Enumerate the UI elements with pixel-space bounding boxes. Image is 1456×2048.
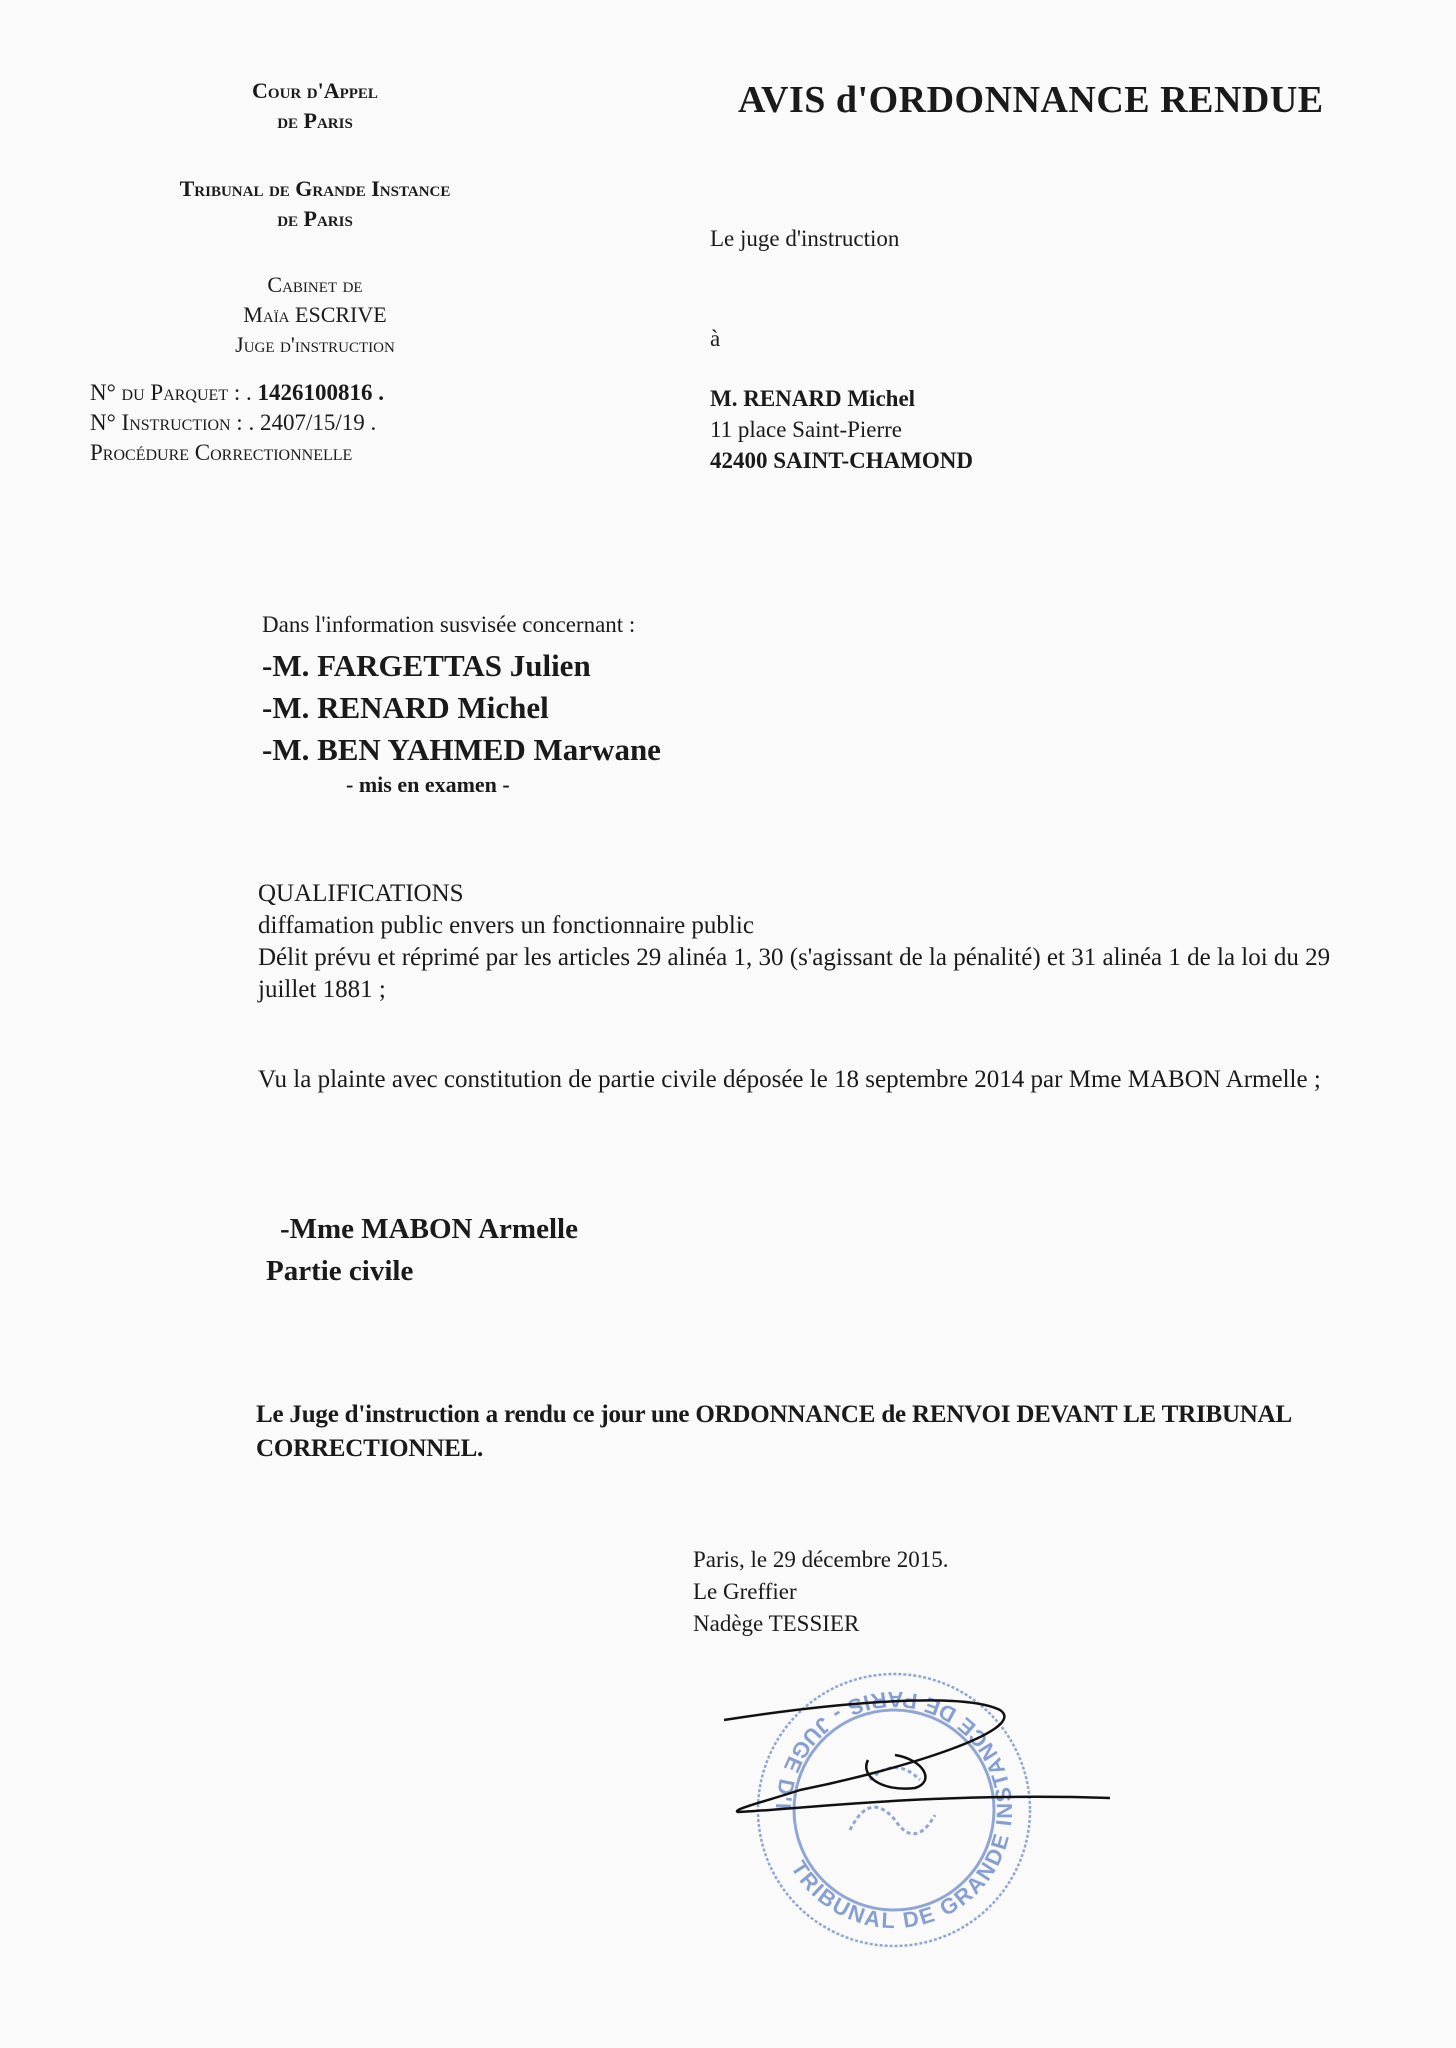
judge-name: Maïa ESCRIVE [90,300,540,330]
place-date: Paris, le 29 décembre 2015. [693,1544,948,1576]
complaint: Vu la plainte avec constitution de parti… [258,1064,1358,1096]
parquet-number: N° du Parquet : . 1426100816 . [90,378,384,408]
recipient-city: 42400 SAINT-CHAMOND [710,445,973,476]
parquet-suffix: . [372,380,384,405]
tribunal-line-2: de Paris [90,204,540,234]
civil-party-name: -Mme MABON Armelle [266,1208,578,1250]
court-name: Cour d'Appel de Paris [90,76,540,136]
to-word: à [710,326,720,352]
persons-list: -M. FARGETTAS Julien -M. RENARD Michel -… [262,645,661,771]
signature-icon [724,1700,1110,1812]
civil-party: -Mme MABON Armelle Partie civile [266,1208,578,1292]
recipient-name: M. RENARD Michel [710,383,973,414]
court-line-1: Cour d'Appel [90,76,540,106]
civil-party-role: Partie civile [266,1250,578,1292]
person-item: -M. BEN YAHMED Marwane [262,729,661,771]
case-references: N° du Parquet : . 1426100816 . N° Instru… [90,378,384,468]
instruction-number: N° Instruction : . 2407/15/19 . [90,408,384,438]
person-item: -M. RENARD Michel [262,687,661,729]
tribunal-name: Tribunal de Grande Instance de Paris [90,174,540,234]
signer-name: Nadège TESSIER [693,1608,948,1640]
qualifications-heading: QUALIFICATIONS [258,878,1358,910]
persons-status: - mis en examen - [346,772,510,798]
instruction-value: 2407/15/19 [260,410,365,435]
concerning-intro: Dans l'information susvisée concernant : [262,612,635,638]
parquet-label: N° du Parquet : . [90,380,257,405]
tribunal-line-1: Tribunal de Grande Instance [90,174,540,204]
cabinet-label: Cabinet de [90,270,540,300]
person-item: -M. FARGETTAS Julien [262,645,661,687]
cabinet-block: Cabinet de Maïa ESCRIVE Juge d'instructi… [90,270,540,360]
document-title: AVIS d'ORDONNANCE RENDUE [738,78,1324,122]
signer-role: Le Greffier [693,1576,948,1608]
signature-block: Paris, le 29 décembre 2015. Le Greffier … [693,1544,948,1640]
court-line-2: de Paris [90,106,540,136]
procedure-type: Procédure Correctionnelle [90,438,384,468]
offense: diffamation public envers un fonctionnai… [258,910,1358,942]
recipient-street: 11 place Saint-Pierre [710,414,973,445]
instruction-label: N° Instruction : . [90,410,260,435]
legal-basis: Délit prévu et réprimé par les articles … [258,942,1358,1006]
sender: Le juge d'instruction [710,226,899,252]
instruction-suffix: . [365,410,377,435]
official-stamp-icon: TRIBUNAL DE GRANDE INSTANCE DE PARIS - J… [700,1660,1120,1965]
decision: Le Juge d'instruction a rendu ce jour un… [256,1398,1366,1466]
qualifications: QUALIFICATIONS diffamation public envers… [258,878,1358,1006]
judge-title: Juge d'instruction [90,330,540,360]
parquet-value: 1426100816 [257,380,372,405]
recipient-address: M. RENARD Michel 11 place Saint-Pierre 4… [710,383,973,476]
